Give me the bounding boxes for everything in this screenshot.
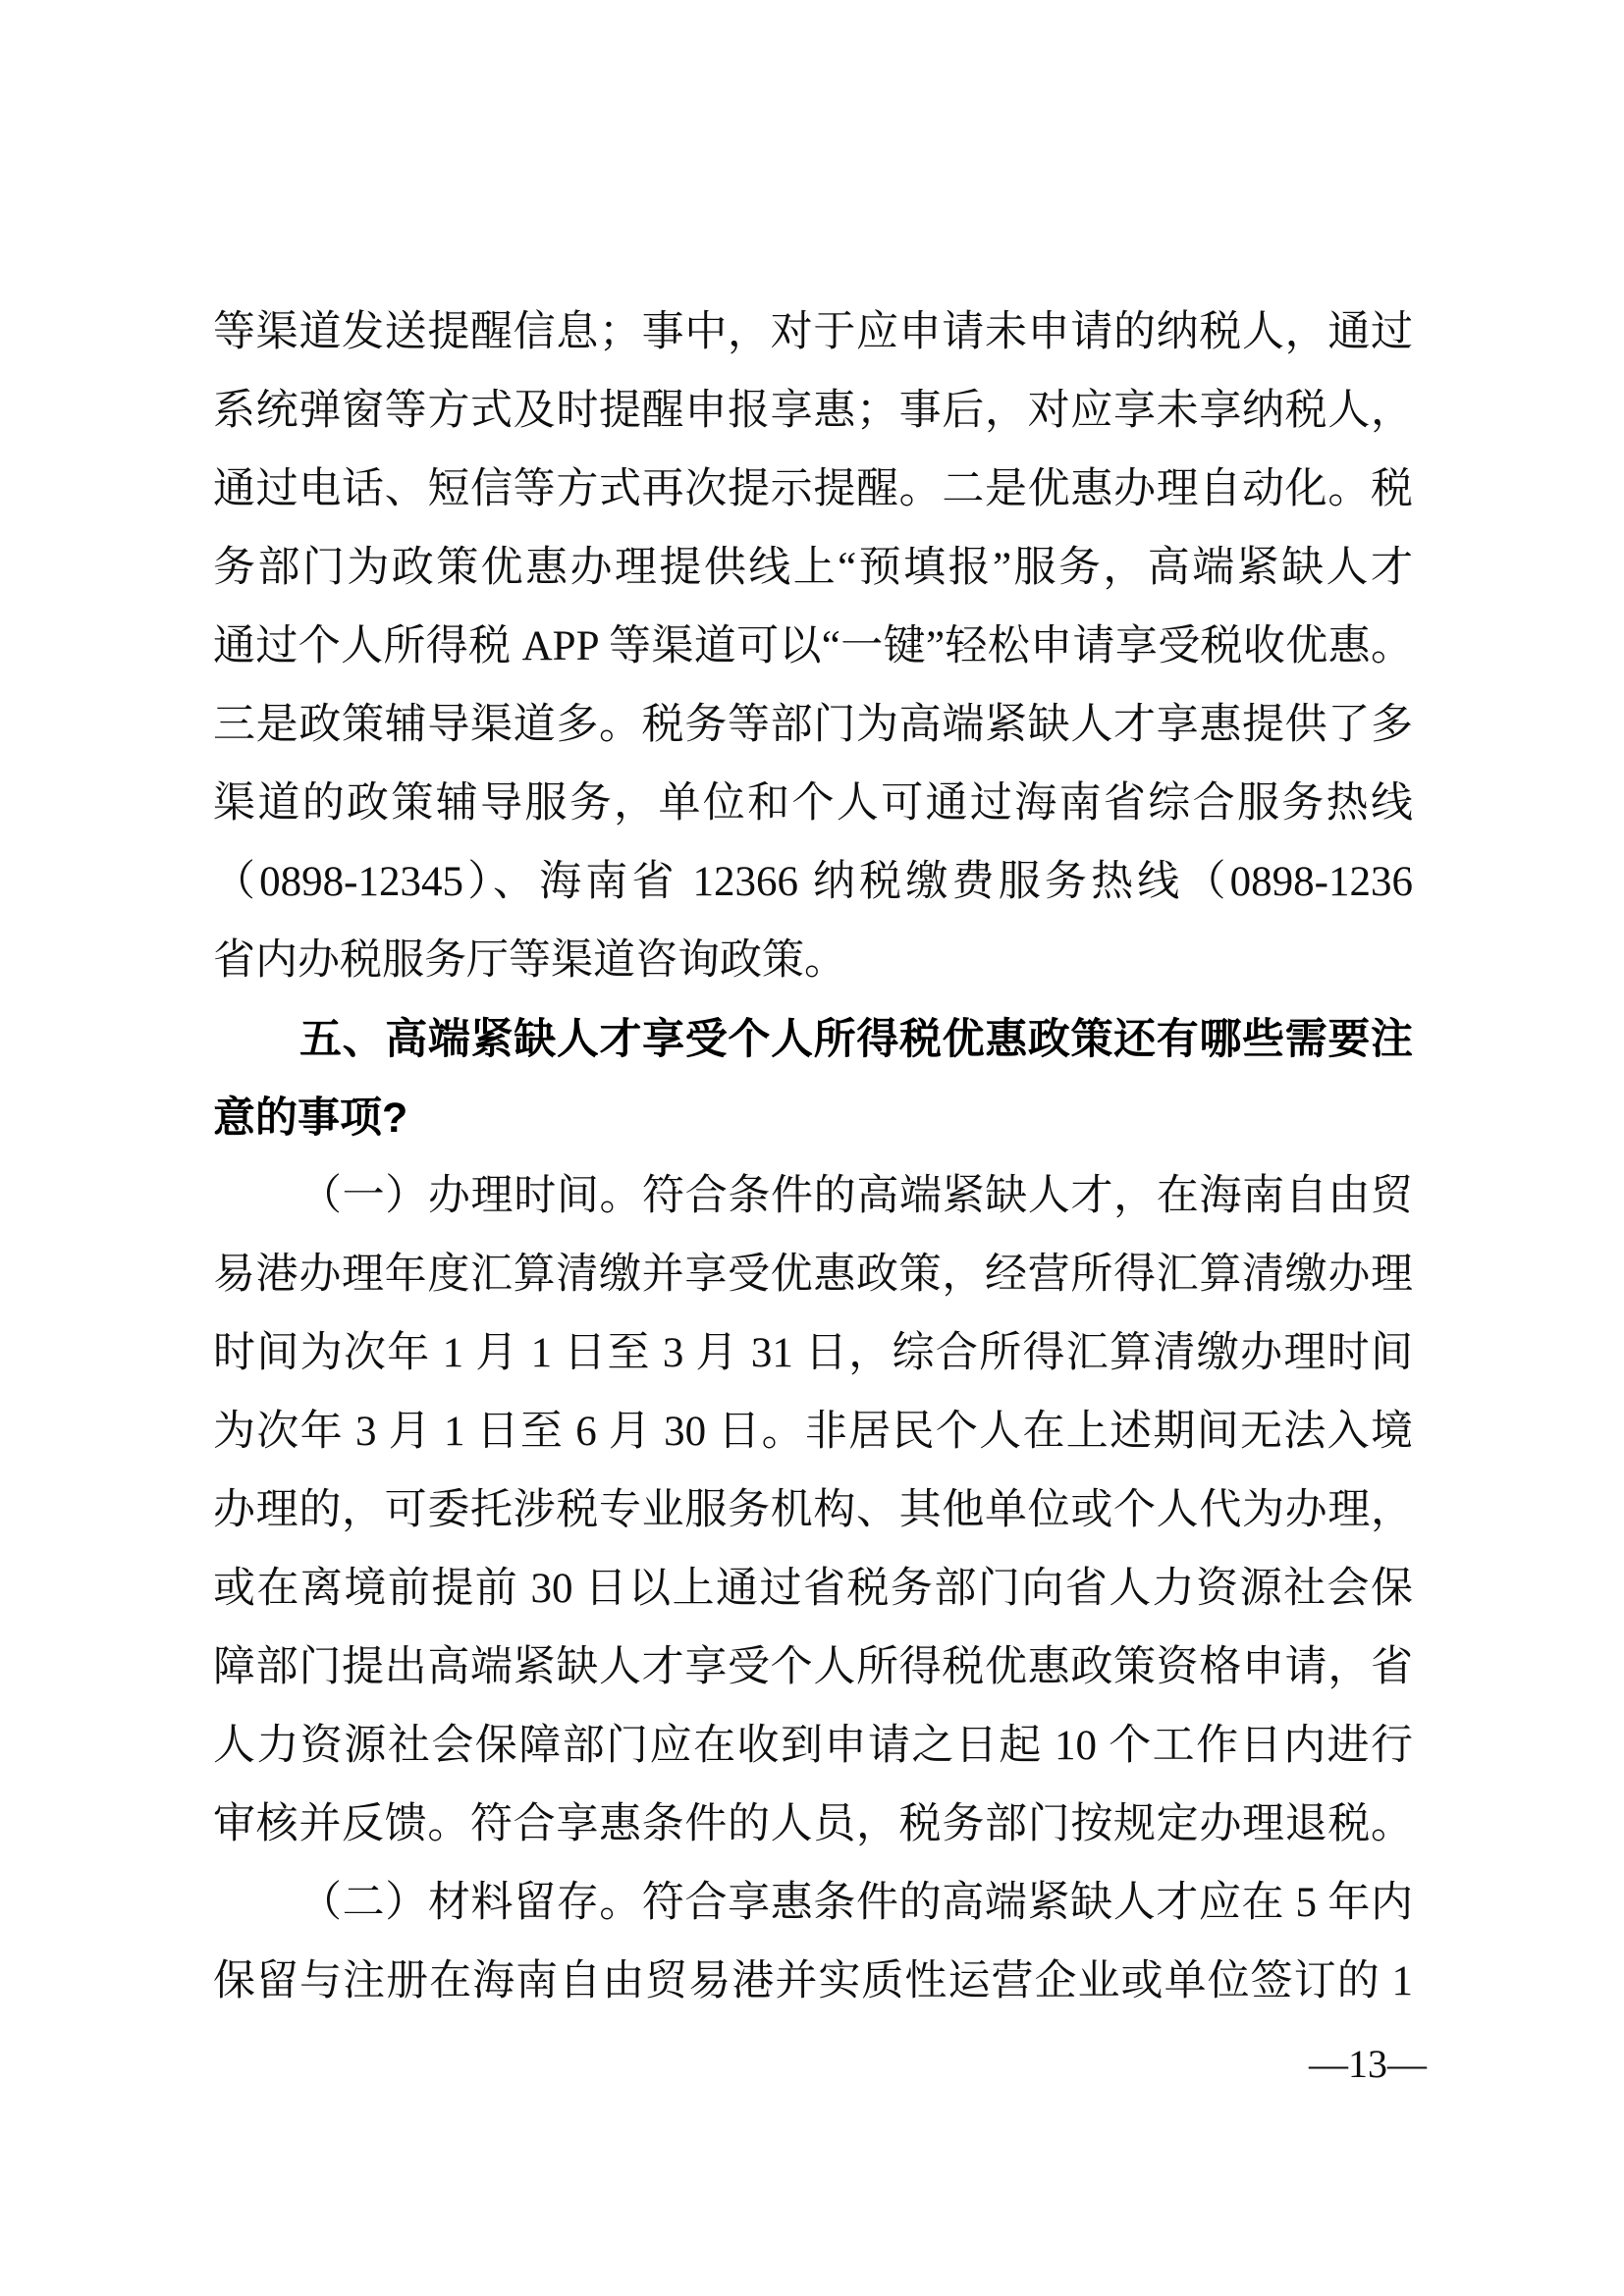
body-line: 务部门为政策优惠办理提供线上“预填报”服务，高端紧缺人才 (213, 529, 1413, 608)
body-line: 系统弹窗等方式及时提醒申报享惠；事后，对应享未享纳税人， (213, 372, 1413, 451)
body-line: 易港办理年度汇算清缴并享受优惠政策，经营所得汇算清缴办理 (213, 1236, 1413, 1314)
body-line: （二）材料留存。符合享惠条件的高端紧缺人才应在 5 年内 (213, 1864, 1413, 1943)
body-line: 审核并反馈。符合享惠条件的人员，税务部门按规定办理退税。 (213, 1786, 1413, 1864)
section-heading-line: 五、高端紧缺人才享受个人所得税优惠政策还有哪些需要注 (213, 1000, 1413, 1079)
body-line: 等渠道发送提醒信息；事中，对于应申请未申请的纳税人，通过 (213, 294, 1413, 372)
body-line: 渠道的政策辅导服务，单位和个人可通过海南省综合服务热线 (213, 765, 1413, 843)
body-line: 障部门提出高端紧缺人才享受个人所得税优惠政策资格申请，省 (213, 1629, 1413, 1707)
body-line: （一）办理时间。符合条件的高端紧缺人才，在海南自由贸 (213, 1157, 1413, 1236)
body-line: 通过电话、短信等方式再次提示提醒。二是优惠办理自动化。税 (213, 451, 1413, 529)
body-line: 保留与注册在海南自由贸易港并实质性运营企业或单位签订的 1 (213, 1943, 1413, 2021)
document-page: 等渠道发送提醒信息；事中，对于应申请未申请的纳税人，通过 系统弹窗等方式及时提醒… (0, 0, 1624, 2296)
body-line: （0898-12345）、海南省 12366 纳税缴费服务热线（0898-123… (213, 843, 1413, 922)
body-line: 省内办税服务厅等渠道咨询政策。 (213, 922, 1413, 1000)
body-line: 通过个人所得税 APP 等渠道可以“一键”轻松申请享受税收优惠。 (213, 608, 1413, 686)
page-number: —13— (1309, 2042, 1427, 2087)
body-line: 三是政策辅导渠道多。税务等部门为高端紧缺人才享惠提供了多 (213, 686, 1413, 765)
body-line: 人力资源社会保障部门应在收到申请之日起 10 个工作日内进行 (213, 1707, 1413, 1786)
document-body: 等渠道发送提醒信息；事中，对于应申请未申请的纳税人，通过 系统弹窗等方式及时提醒… (213, 294, 1413, 2021)
body-line: 为次年 3 月 1 日至 6 月 30 日。非居民个人在上述期间无法入境 (213, 1393, 1413, 1471)
section-heading-line: 意的事项? (213, 1079, 1413, 1157)
body-line: 办理的，可委托涉税专业服务机构、其他单位或个人代为办理， (213, 1471, 1413, 1550)
body-line: 或在离境前提前 30 日以上通过省税务部门向省人力资源社会保 (213, 1550, 1413, 1629)
body-line: 时间为次年 1 月 1 日至 3 月 31 日，综合所得汇算清缴办理时间 (213, 1314, 1413, 1393)
